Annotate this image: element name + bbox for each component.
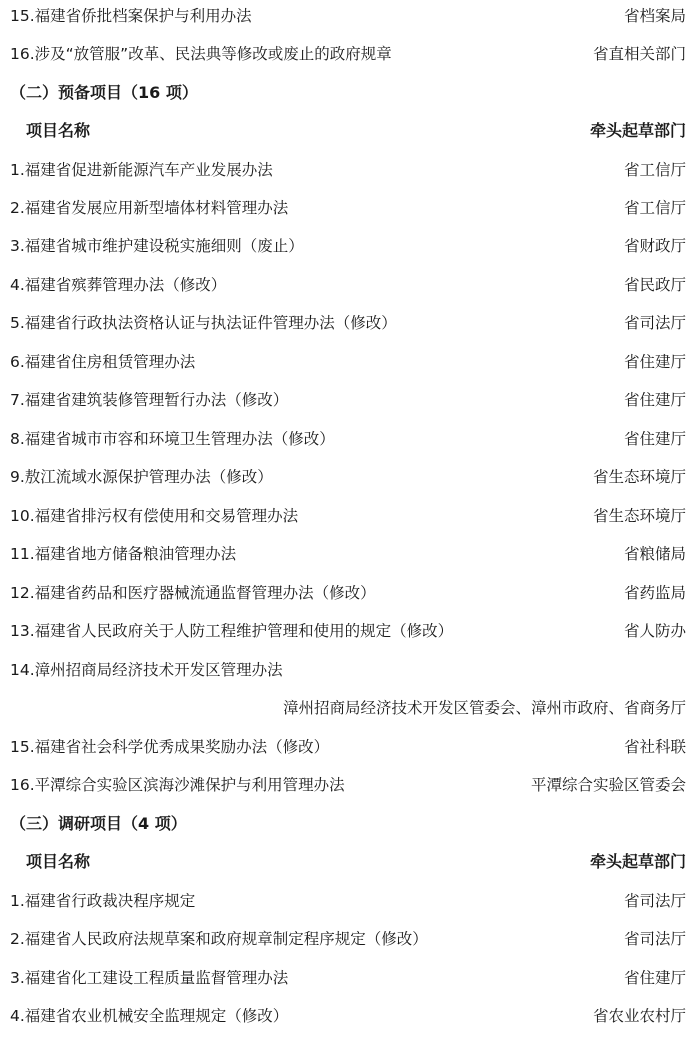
- item-name: 15.福建省社会科学优秀成果奖励办法（修改）: [10, 735, 329, 759]
- item-name: 2.福建省发展应用新型墙体材料管理办法: [10, 196, 288, 220]
- section-heading-research-projects: （三）调研项目（4 项）: [10, 812, 187, 836]
- list-item: 9.敖江流域水源保护管理办法（修改） 省生态环境厅: [10, 465, 686, 489]
- item-name: 15.福建省侨批档案保护与利用办法: [10, 4, 252, 28]
- item-dept: 省住建厅: [624, 350, 686, 374]
- item-dept: 省住建厅: [624, 388, 686, 412]
- list-item: 1.福建省促进新能源汽车产业发展办法 省工信厅: [10, 158, 686, 182]
- item-name: 16.平潭综合实验区滨海沙滩保护与利用管理办法: [10, 773, 345, 797]
- list-item: 8.福建省城市市容和环境卫生管理办法（修改） 省住建厅: [10, 427, 686, 451]
- item-dept: 省生态环境厅: [593, 465, 686, 489]
- item-name: 6.福建省住房租赁管理办法: [10, 350, 195, 374]
- item-dept: 省农业农村厅: [593, 1004, 686, 1028]
- item-dept: 省司法厅: [624, 889, 686, 913]
- item-name: 3.福建省化工建设工程质量监督管理办法: [10, 966, 288, 990]
- item-dept: 省司法厅: [624, 311, 686, 335]
- item-dept: 省工信厅: [624, 196, 686, 220]
- item-dept: 省财政厅: [624, 234, 686, 258]
- item-name: 16.涉及“放管服”改革、民法典等修改或废止的政府规章: [10, 42, 392, 66]
- item-name: 3.福建省城市维护建设税实施细则（废止）: [10, 234, 304, 258]
- column-header-dept: 牵头起草部门: [590, 850, 686, 874]
- item-dept: 省司法厅: [624, 927, 686, 951]
- list-item: 2.福建省人民政府法规草案和政府规章制定程序规定（修改） 省司法厅: [10, 927, 686, 951]
- list-item: 2.福建省发展应用新型墙体材料管理办法 省工信厅: [10, 196, 686, 220]
- item-name: 2.福建省人民政府法规草案和政府规章制定程序规定（修改）: [10, 927, 428, 951]
- column-header: 项目名称 牵头起草部门: [26, 850, 686, 874]
- item-dept: 省粮储局: [624, 542, 686, 566]
- list-item: 4.福建省农业机械安全监理规定（修改） 省农业农村厅: [10, 1004, 686, 1028]
- list-item: 11.福建省地方储备粮油管理办法 省粮储局: [10, 542, 686, 566]
- list-item: 1.福建省行政裁决程序规定 省司法厅: [10, 889, 686, 913]
- list-item-dept-line: 漳州招商局经济技术开发区管委会、漳州市政府、省商务厅: [10, 696, 686, 720]
- item-dept: 省民政厅: [624, 273, 686, 297]
- item-name: 8.福建省城市市容和环境卫生管理办法（修改）: [10, 427, 335, 451]
- item-dept: 省药监局: [624, 581, 686, 605]
- list-item: 16.平潭综合实验区滨海沙滩保护与利用管理办法 平潭综合实验区管委会: [10, 773, 686, 797]
- list-item: 12.福建省药品和医疗器械流通监督管理办法（修改） 省药监局: [10, 581, 686, 605]
- list-item: 3.福建省化工建设工程质量监督管理办法 省住建厅: [10, 966, 686, 990]
- list-item: 14.漳州招商局经济技术开发区管理办法: [10, 658, 686, 682]
- list-item: 16.涉及“放管服”改革、民法典等修改或废止的政府规章 省直相关部门: [10, 42, 686, 66]
- list-item: 5.福建省行政执法资格认证与执法证件管理办法（修改） 省司法厅: [10, 311, 686, 335]
- item-dept: 平潭综合实验区管委会: [531, 773, 686, 797]
- list-item: 10.福建省排污权有偿使用和交易管理办法 省生态环境厅: [10, 504, 686, 528]
- list-item: 4.福建省殡葬管理办法（修改） 省民政厅: [10, 273, 686, 297]
- column-header-name: 项目名称: [26, 119, 90, 143]
- column-header-dept: 牵头起草部门: [590, 119, 686, 143]
- item-name: 7.福建省建筑装修管理暂行办法（修改）: [10, 388, 288, 412]
- item-name: 5.福建省行政执法资格认证与执法证件管理办法（修改）: [10, 311, 397, 335]
- list-item: 13.福建省人民政府关于人防工程维护管理和使用的规定（修改） 省人防办: [10, 619, 686, 643]
- list-item: 7.福建省建筑装修管理暂行办法（修改） 省住建厅: [10, 388, 686, 412]
- list-item: 15.福建省社会科学优秀成果奖励办法（修改） 省社科联: [10, 735, 686, 759]
- list-item: 3.福建省城市维护建设税实施细则（废止） 省财政厅: [10, 234, 686, 258]
- item-dept: 省人防办: [624, 619, 686, 643]
- item-name: 9.敖江流域水源保护管理办法（修改）: [10, 465, 273, 489]
- item-dept: 漳州招商局经济技术开发区管委会、漳州市政府、省商务厅: [283, 696, 686, 720]
- item-name: 4.福建省农业机械安全监理规定（修改）: [10, 1004, 288, 1028]
- item-name: 11.福建省地方储备粮油管理办法: [10, 542, 236, 566]
- list-item: 15.福建省侨批档案保护与利用办法 省档案局: [10, 4, 686, 28]
- list-item: 6.福建省住房租赁管理办法 省住建厅: [10, 350, 686, 374]
- item-name: 12.福建省药品和医疗器械流通监督管理办法（修改）: [10, 581, 376, 605]
- item-name: 10.福建省排污权有偿使用和交易管理办法: [10, 504, 298, 528]
- column-header: 项目名称 牵头起草部门: [26, 119, 686, 143]
- item-dept: 省档案局: [624, 4, 686, 28]
- section-heading-reserve-projects: （二）预备项目（16 项）: [10, 81, 198, 105]
- item-name: 1.福建省行政裁决程序规定: [10, 889, 195, 913]
- column-header-name: 项目名称: [26, 850, 90, 874]
- item-name: 13.福建省人民政府关于人防工程维护管理和使用的规定（修改）: [10, 619, 453, 643]
- item-name: 4.福建省殡葬管理办法（修改）: [10, 273, 226, 297]
- item-name: 14.漳州招商局经济技术开发区管理办法: [10, 658, 283, 682]
- item-dept: 省住建厅: [624, 966, 686, 990]
- item-dept: 省直相关部门: [593, 42, 686, 66]
- item-dept: 省工信厅: [624, 158, 686, 182]
- item-dept: 省住建厅: [624, 427, 686, 451]
- item-dept: 省社科联: [624, 735, 686, 759]
- item-name: 1.福建省促进新能源汽车产业发展办法: [10, 158, 273, 182]
- item-dept: 省生态环境厅: [593, 504, 686, 528]
